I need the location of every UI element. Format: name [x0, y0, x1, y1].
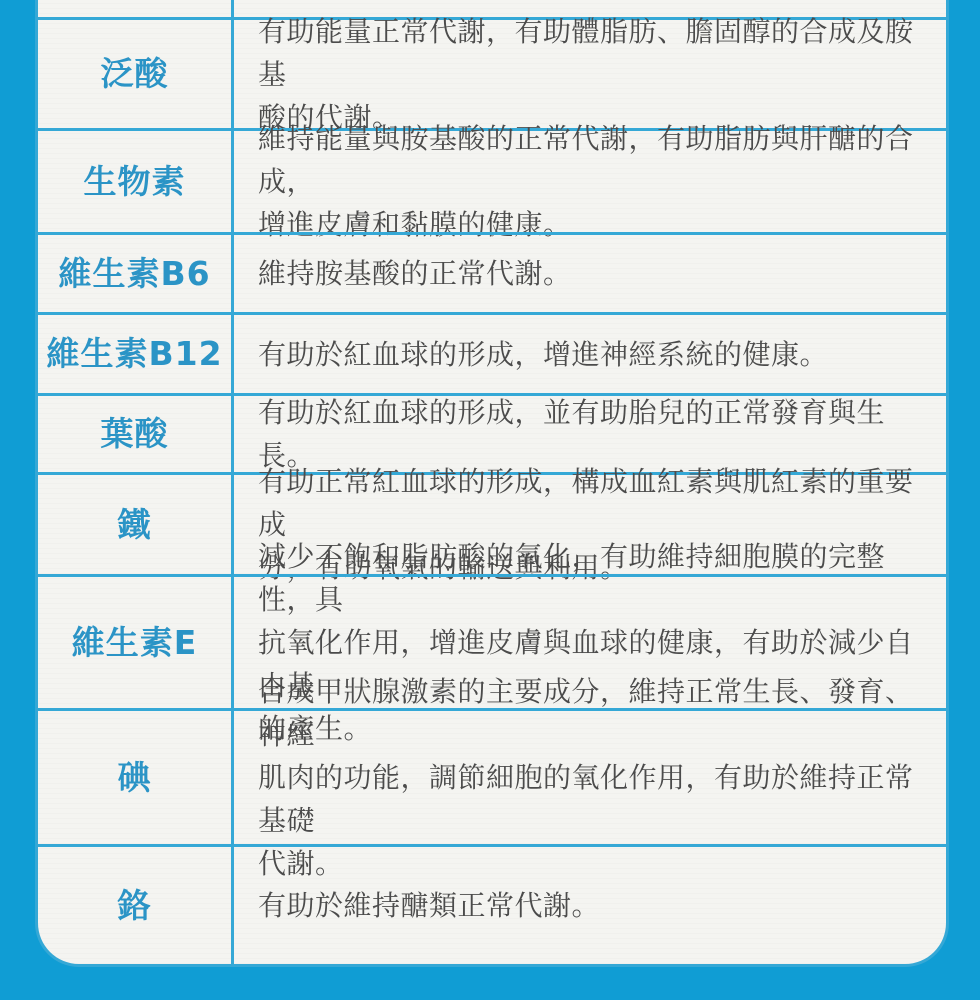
nutrition-infographic: { "colors": { "frame_cyan": "#109dd4", "… — [0, 0, 980, 1000]
nutrient-name-cell: 泛酸 — [38, 20, 234, 128]
table-row-iodine: 碘 合成甲狀腺激素的主要成分，維持正常生長、發育、神經 肌肉的功能，調節細胞的氧… — [38, 708, 946, 844]
table-row-chromium: 鉻 有助於維持醣類正常代謝。 — [38, 844, 946, 964]
nutrient-effect-cell: 合成甲狀腺激素的主要成分，維持正常生長、發育、神經 肌肉的功能，調節細胞的氧化作… — [234, 711, 946, 844]
table-row-vitamin-b6: 維生素B6 維持胺基酸的正常代謝。 — [38, 232, 946, 312]
nutrient-name-cell: 維生素B6 — [38, 235, 234, 312]
nutrient-name-cell: 生物素 — [38, 131, 234, 232]
nutrient-name-cell: 鐵 — [38, 475, 234, 574]
nutrient-name-cell: 碘 — [38, 711, 234, 844]
nutrient-effect-cell: 有助於紅血球的形成，增進神經系統的健康。 — [234, 315, 946, 393]
nutrient-effect-cell: 維持能量與胺基酸的正常代謝，有助脂肪與肝醣的合成， 增進皮膚和黏膜的健康。 — [234, 131, 946, 232]
nutrient-name-cell — [38, 0, 234, 17]
table-row-biotin: 生物素 維持能量與胺基酸的正常代謝，有助脂肪與肝醣的合成， 增進皮膚和黏膜的健康… — [38, 128, 946, 232]
nutrient-name-cell: 維生素E — [38, 577, 234, 708]
nutrient-name-cell: 鉻 — [38, 847, 234, 964]
table-row-pantothenic-acid: 泛酸 有助能量正常代謝，有助體脂肪、膽固醇的合成及胺基 酸的代謝。 — [38, 17, 946, 128]
nutrient-table-card: 泛酸 有助能量正常代謝，有助體脂肪、膽固醇的合成及胺基 酸的代謝。 生物素 維持… — [35, 0, 949, 967]
nutrient-name-cell: 葉酸 — [38, 396, 234, 472]
nutrient-effect-cell: 有助能量正常代謝，有助體脂肪、膽固醇的合成及胺基 酸的代謝。 — [234, 20, 946, 128]
nutrient-effect-cell: 有助於維持醣類正常代謝。 — [234, 847, 946, 964]
table-row-vitamin-b12: 維生素B12 有助於紅血球的形成，增進神經系統的健康。 — [38, 312, 946, 393]
nutrient-name-cell: 維生素B12 — [38, 315, 234, 393]
nutrient-effect-cell: 維持胺基酸的正常代謝。 — [234, 235, 946, 312]
